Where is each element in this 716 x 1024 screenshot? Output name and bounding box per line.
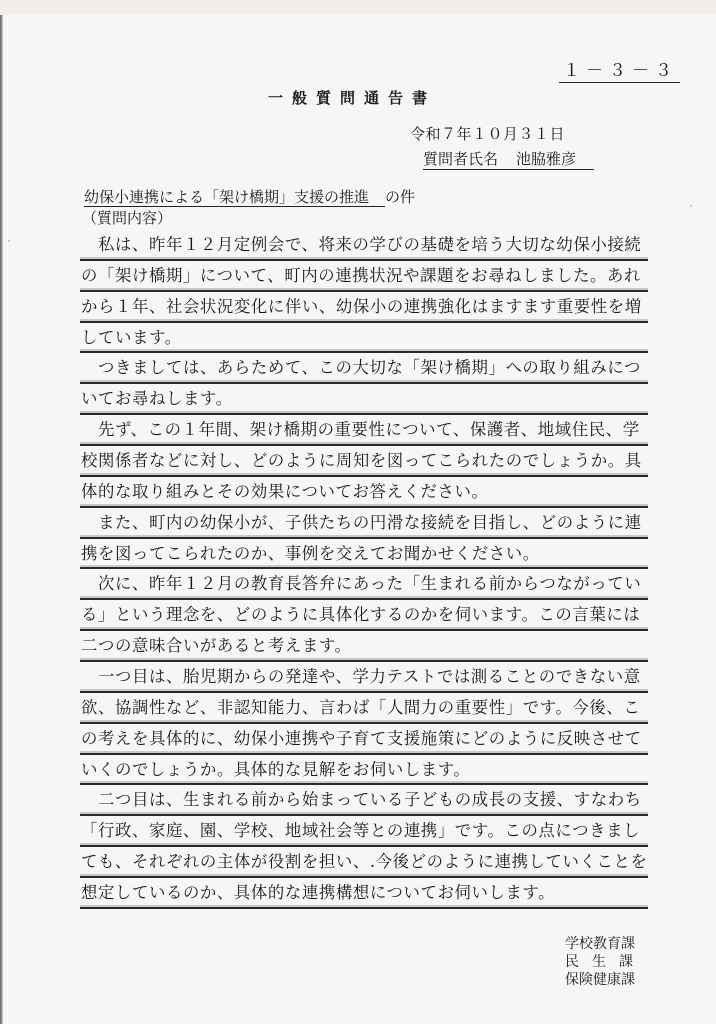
body-line: しています。 [80,323,648,354]
body-line: の「架け橋期」について、町内の連携状況や課題をお尋ねしました。あれ [80,261,648,292]
department-welfare: 民生課 [565,953,646,971]
scan-speck [690,205,692,207]
body-line: 二つ目は、生まれる前から始まっている子どもの成長の支援、すなわち [80,785,648,816]
body-line: 先ず、この１年間、架け橋期の重要性について、保護者、地域住民、学 [80,415,648,446]
subject-topic: 幼保小連携による「架け橋期」支援の推進 [84,188,385,207]
departments: 学校教育課 民生課 保険健康課 [565,935,646,989]
body-line: 携を図ってこられたのか、事例を交えてお聞かせください。 [80,539,648,570]
document-number: １－３－３ [559,56,680,83]
body-line: 「行政、家庭、園、学校、地域社会等との連携」です。この点につきまし [80,816,648,847]
questioner-label: 質問者氏名 [423,150,498,168]
body-line: 二つの意味合いがあると考えます。 [80,631,648,662]
body-line: る」という理念を、どのように具体化するのかを伺います。この言葉には [80,600,648,631]
body-line: の考えを具体的に、幼保小連携や子育て支援施策にどのように反映させて [80,724,648,755]
subject-suffix: の件 [385,188,415,206]
body-line: いくのでしょうか。具体的な見解をお伺いします。 [80,755,648,786]
scan-speck [8,240,10,242]
top-edge-strip [0,0,716,15]
questioner-name: 池脇雅彦 [516,150,576,168]
department-health-insurance: 保険健康課 [565,971,646,989]
body-line: また、町内の幼保小が、子供たちの円滑な接続を目指し、どのように連 [80,508,648,539]
department-school-education: 学校教育課 [565,935,646,953]
body-line: 次に、昨年１２月の教育長答弁にあった「生まれる前からつながってい [80,569,648,600]
document-title: 一般質問通告書 [268,87,436,108]
body-line: 一つ目は、胎児期からの発達や、学力テストでは測ることのできない意 [80,662,648,693]
questioner-line: 質問者氏名池脇雅彦 [423,148,594,170]
document-date: 令和７年１０月３１日 [410,123,565,144]
body-line: 私は、昨年１２月定例会で、将来の学びの基礎を培う大切な幼保小接続 [80,230,648,261]
subject-line: 幼保小連携による「架け橋期」支援の推進の件 [84,186,415,207]
body-line: から１年、社会状況変化に伴い、幼保小の連携強化はますます重要性を増 [80,292,648,323]
content-label: （質問内容） [82,207,172,228]
question-body: 私は、昨年１２月定例会で、将来の学びの基礎を培う大切な幼保小接続の「架け橋期」に… [80,230,648,909]
body-line: 欲、協調性など、非認知能力、言わば「人間力の重要性」です。今後、こ [80,693,648,724]
body-line: いてお尋ねします。 [80,384,648,415]
body-line: つきましては、あらためて、この大切な「架け橋期」への取り組みにつ [80,353,648,384]
body-line: 体的な取り組みとその効果についてお答えください。 [80,477,648,508]
body-line: 校関係者などに対し、どのように周知を図ってこられたのでしょうか。具 [80,446,648,477]
body-line: 想定しているのか、具体的な連携構想についてお伺いします。 [80,878,648,909]
body-line: ても、それぞれの主体が役割を担い、.今後どのように連携していくことを [80,847,648,878]
